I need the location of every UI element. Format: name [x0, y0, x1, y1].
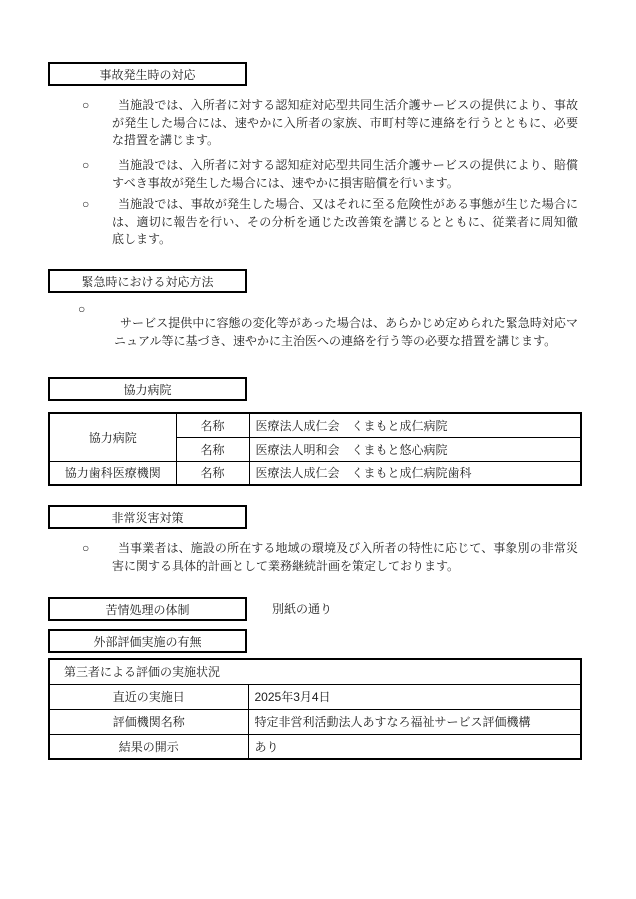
accident-bullet-1: 当施設では、入所者に対する認知症対応型共同生活介護サービスの提供により、事故が発…: [112, 97, 578, 150]
eval-row-value: 特定非営利活動法人あすなろ福祉サービス評価機構: [248, 709, 581, 734]
bullet-marker: ○: [82, 196, 102, 214]
eval-row-label: 直近の実施日: [49, 684, 248, 709]
name-label: 名称: [176, 461, 249, 485]
bullet-marker: ○: [82, 540, 102, 558]
section-header-emergency: 緊急時における対応方法: [48, 269, 247, 293]
name-label: 名称: [176, 413, 249, 437]
eval-row-label: 結果の開示: [49, 734, 248, 759]
table-row: 第三者による評価の実施状況: [49, 659, 581, 684]
eval-row-value: 2025年3月4日: [248, 684, 581, 709]
section-header-complaint: 苦情処理の体制: [48, 597, 247, 621]
disaster-bullet-1: 当事業者は、施設の所在する地域の環境及び入所者の特性に応じて、事象別の非常災害に…: [112, 540, 578, 575]
accident-bullet-3: 当施設では、事故が発生した場合、又はそれに至る危険性がある事態が生じた場合には、…: [112, 196, 578, 249]
emergency-bullet-1: サービス提供中に容態の変化等があった場合は、あらかじめ定められた緊急時対応マニュ…: [114, 315, 578, 350]
bullet-marker: ○: [82, 97, 102, 115]
section-title: 外部評価実施の有無: [93, 633, 201, 650]
section-header-disaster: 非常災害対策: [48, 505, 247, 529]
evaluation-table: 第三者による評価の実施状況 直近の実施日 2025年3月4日 評価機関名称 特定…: [48, 658, 582, 760]
hospital-category: 協力病院: [49, 413, 176, 461]
bullet-marker: ○: [78, 301, 98, 319]
section-title: 苦情処理の体制: [105, 601, 189, 618]
complaint-note: 別紙の通り: [272, 597, 332, 621]
hospital-name: 医療法人明和会 くまもと悠心病院: [249, 437, 581, 461]
dental-category: 協力歯科医療機関: [49, 461, 176, 485]
evaluation-table-title: 第三者による評価の実施状況: [49, 659, 581, 684]
section-title: 非常災害対策: [111, 509, 183, 526]
table-row: 直近の実施日 2025年3月4日: [49, 684, 581, 709]
section-title: 緊急時における対応方法: [81, 273, 213, 290]
section-header-accident: 事故発生時の対応: [48, 62, 247, 86]
bullet-marker: ○: [82, 157, 102, 175]
section-title: 協力病院: [123, 381, 171, 398]
eval-row-label: 評価機関名称: [49, 709, 248, 734]
document-page: 事故発生時の対応 ○ 当施設では、入所者に対する認知症対応型共同生活介護サービス…: [0, 0, 636, 899]
name-label: 名称: [176, 437, 249, 461]
table-row: 協力病院 名称 医療法人成仁会 くまもと成仁病院: [49, 413, 581, 437]
section-header-external-evaluation: 外部評価実施の有無: [48, 629, 247, 653]
hospital-table: 協力病院 名称 医療法人成仁会 くまもと成仁病院 名称 医療法人明和会 くまもと…: [48, 412, 582, 486]
table-row: 協力歯科医療機関 名称 医療法人成仁会 くまもと成仁病院歯科: [49, 461, 581, 485]
table-row: 評価機関名称 特定非営利活動法人あすなろ福祉サービス評価機構: [49, 709, 581, 734]
dental-name: 医療法人成仁会 くまもと成仁病院歯科: [249, 461, 581, 485]
section-title: 事故発生時の対応: [99, 66, 195, 83]
accident-bullet-2: 当施設では、入所者に対する認知症対応型共同生活介護サービスの提供により、賠償すべ…: [112, 157, 578, 192]
table-row: 結果の開示 あり: [49, 734, 581, 759]
hospital-name: 医療法人成仁会 くまもと成仁病院: [249, 413, 581, 437]
section-header-hospital: 協力病院: [48, 377, 247, 401]
eval-row-value: あり: [248, 734, 581, 759]
